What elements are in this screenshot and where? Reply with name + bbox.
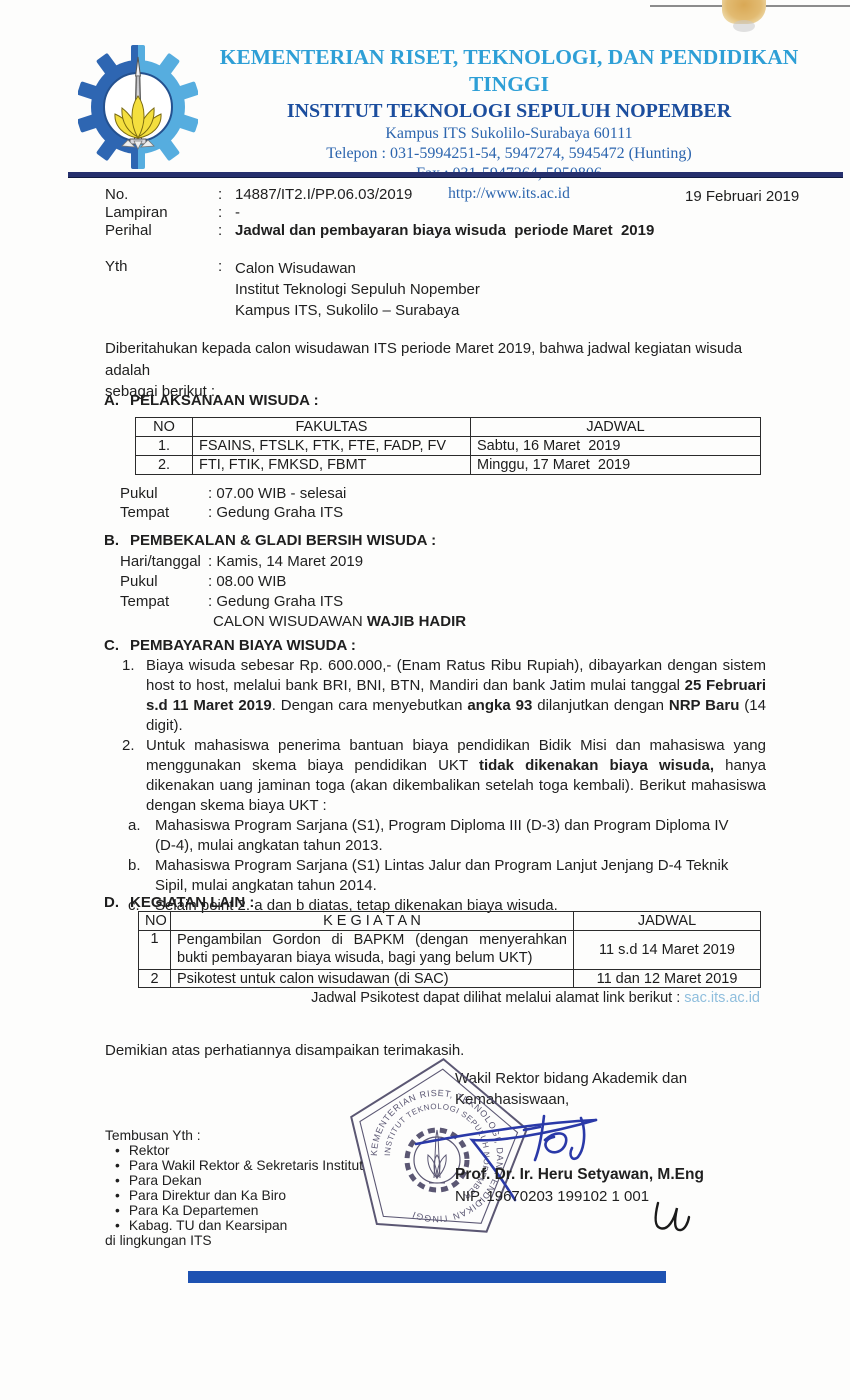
lampiran-label: Lampiran [105, 204, 168, 221]
wisuda-schedule-table: NO FAKULTAS JADWAL 1. FSAINS, FTSLK, FTK… [135, 417, 761, 475]
perihal-colon: : [218, 222, 222, 239]
sub-letter: a. [128, 816, 155, 856]
section-b-letter: B. [104, 532, 119, 549]
lampiran-colon: : [218, 204, 222, 221]
no-label: No. [105, 186, 128, 203]
section-c: C. PEMBAYARAN BIAYA WISUDA : 1. Biaya wi… [104, 636, 769, 916]
row-no: 1. [136, 437, 193, 456]
tempat-b-value: : Gedung Graha ITS [208, 593, 343, 610]
sub-text: Mahasiswa Program Sarjana (S1) Lintas Ja… [155, 856, 743, 896]
no-colon: : [218, 186, 222, 203]
col-header-jadwal: JADWAL [574, 912, 761, 931]
letterhead-divider [68, 172, 843, 178]
section-c-title: PEMBAYARAN BIAYA WISUDA : [130, 636, 356, 656]
item-text: Biaya wisuda sebesar Rp. 600.000,- (Enam… [146, 656, 766, 736]
ukt-sub-item-a: a. Mahasiswa Program Sarjana (S1), Progr… [128, 816, 769, 856]
note-normal: CALON WISUDAWAN [213, 613, 367, 630]
table-row: 2 Psikotest untuk calon wisudawan (di SA… [139, 970, 761, 988]
kegiatan-lain-table: NO K E G I A T A N JADWAL 1 Pengambilan … [138, 911, 761, 988]
tembusan-label: Tembusan Yth : [105, 1128, 385, 1143]
ukt-sub-item-b: b. Mahasiswa Program Sarjana (S1) Lintas… [128, 856, 769, 896]
payment-item-2: 2. Untuk mahasiswa penerima bantuan biay… [104, 736, 769, 816]
scan-artifact-smudge [733, 20, 755, 32]
tembusan-item: Para Wakil Rektor & Sekretaris Institut [115, 1158, 385, 1173]
hari-label: Hari/tanggal [120, 553, 201, 570]
table-row: 1. FSAINS, FTSLK, FTK, FTE, FADP, FV Sab… [136, 437, 761, 456]
perihal-value: Jadwal dan pembayaran biaya wisuda perio… [235, 222, 654, 239]
pukul-b-label: Pukul [120, 573, 158, 590]
row-jadwal: Sabtu, 16 Maret 2019 [471, 437, 761, 456]
tembusan-item: Kabag. TU dan Kearsipan [115, 1218, 385, 1233]
recipient-line: Kampus ITS, Sukolilo – Surabaya [235, 300, 480, 321]
payment-item-1: 1. Biaya wisuda sebesar Rp. 600.000,- (E… [104, 656, 769, 736]
signatory-name: Prof. Dr. Ir. Heru Setyawan, M.Eng [455, 1166, 704, 1184]
col-header-no: NO [139, 912, 171, 931]
section-a-title: PELAKSANAAN WISUDA : [130, 392, 319, 409]
section-b-title: PEMBEKALAN & GLADI BERSIH WISUDA : [130, 532, 436, 549]
note-text: Jadwal Psikotest dapat dilihat melalui a… [311, 990, 684, 1006]
ministry-name: KEMENTERIAN RISET, TEKNOLOGI, DAN PENDID… [185, 44, 833, 98]
row-jadwal: Minggu, 17 Maret 2019 [471, 456, 761, 475]
row-no: 2. [136, 456, 193, 475]
section-a-letter: A. [104, 392, 119, 409]
row-no: 2 [139, 970, 171, 988]
tembusan-block: Tembusan Yth : Rektor Para Wakil Rektor … [105, 1128, 385, 1248]
letter-date: 19 Februari 2019 [685, 188, 799, 205]
sub-text: Mahasiswa Program Sarjana (S1), Program … [155, 816, 743, 856]
tempat-b-label: Tempat [120, 593, 169, 610]
section-c-letter: C. [104, 636, 130, 656]
row-fakultas: FSAINS, FTSLK, FTK, FTE, FADP, FV [193, 437, 471, 456]
wajib-hadir-note: CALON WISUDAWAN WAJIB HADIR [213, 613, 466, 630]
item-number: 2. [122, 736, 146, 816]
lampiran-value: - [235, 204, 240, 221]
tembusan-item: Para Direktur dan Ka Biro [115, 1188, 385, 1203]
tempat-value: : Gedung Graha ITS [208, 504, 343, 521]
recipient-line: Institut Teknologi Sepuluh Nopember [235, 279, 480, 300]
item-number: 1. [122, 656, 146, 736]
pukul-value: : 07.00 WIB - selesai [208, 485, 346, 502]
tembusan-item: Para Dekan [115, 1173, 385, 1188]
psikotest-note: Jadwal Psikotest dapat dilihat melalui a… [300, 990, 760, 1006]
item-text: Untuk mahasiswa penerima bantuan biaya p… [146, 736, 766, 816]
col-header-jadwal: JADWAL [471, 418, 761, 437]
row-fakultas: FTI, FTIK, FMKSD, FBMT [193, 456, 471, 475]
letter-page: KEMENTERIAN RISET, TEKNOLOGI, DAN PENDID… [0, 0, 850, 1400]
table-row: 2. FTI, FTIK, FMKSD, FBMT Minggu, 17 Mar… [136, 456, 761, 475]
section-d-title: KEGIATAN LAIN : [130, 894, 254, 911]
col-header-no: NO [136, 418, 193, 437]
intro-line: Diberitahukan kepada calon wisudawan ITS… [105, 340, 742, 379]
yth-colon: : [218, 258, 222, 275]
note-bold: WAJIB HADIR [367, 613, 466, 630]
handwritten-initial [648, 1193, 693, 1241]
yth-label: Yth [105, 258, 128, 275]
row-jadwal: 11 dan 12 Maret 2019 [574, 970, 761, 988]
sub-letter: b. [128, 856, 155, 896]
sac-link: sac.its.ac.id [684, 990, 760, 1006]
signatory-nip: NIP. 19670203 199102 1 001 [455, 1188, 649, 1205]
row-no: 1 [139, 931, 171, 970]
row-jadwal: 11 s.d 14 Maret 2019 [574, 931, 761, 970]
pukul-label: Pukul [120, 485, 158, 502]
tembusan-footer: di lingkungan ITS [105, 1233, 385, 1248]
perihal-label: Perihal [105, 222, 152, 239]
footer-bar [188, 1271, 666, 1283]
letter-number: 14887/IT2.I/PP.06.03/2019 [235, 186, 412, 203]
col-header-kegiatan: K E G I A T A N [171, 912, 574, 931]
row-kegiatan: Psikotest untuk calon wisudawan (di SAC) [171, 970, 574, 988]
table-row: 1 Pengambilan Gordon di BAPKM (dengan me… [139, 931, 761, 970]
section-d-letter: D. [104, 894, 119, 911]
tempat-label: Tempat [120, 504, 169, 521]
tembusan-item: Rektor [115, 1143, 385, 1158]
its-logo [78, 44, 198, 170]
hari-value: : Kamis, 14 Maret 2019 [208, 553, 363, 570]
recipient-line: Calon Wisudawan [235, 258, 480, 279]
institute-name: INSTITUT TEKNOLOGI SEPULUH NOPEMBER [185, 98, 833, 124]
recipient-block: Calon Wisudawan Institut Teknologi Sepul… [235, 258, 480, 321]
tembusan-list: Rektor Para Wakil Rektor & Sekretaris In… [105, 1143, 385, 1233]
tembusan-item: Para Ka Departemen [115, 1203, 385, 1218]
pukul-b-value: : 08.00 WIB [208, 573, 286, 590]
phone-line: Telepon : 031-5994251-54, 5947274, 59454… [185, 144, 833, 164]
col-header-fakultas: FAKULTAS [193, 418, 471, 437]
row-kegiatan: Pengambilan Gordon di BAPKM (dengan meny… [171, 931, 574, 970]
campus-address: Kampus ITS Sukolilo-Surabaya 60111 [185, 124, 833, 144]
letterhead: KEMENTERIAN RISET, TEKNOLOGI, DAN PENDID… [185, 44, 833, 203]
